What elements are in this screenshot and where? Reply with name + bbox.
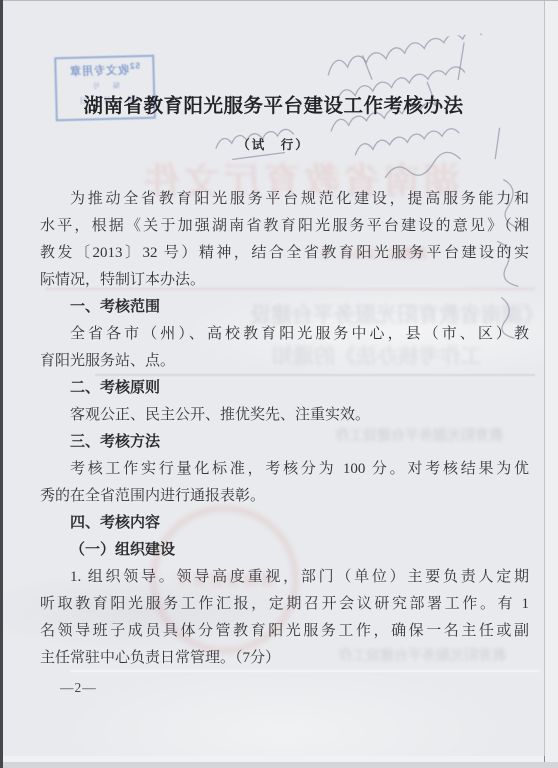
text-line: 水平，根据《关于加强湖南省教育阳光服务平台建设的意见》（湘 [40, 213, 529, 240]
text-line: 四、考核内容 [40, 510, 529, 537]
scan-edge-right-line [544, 0, 545, 756]
received-stamp-title: 52收文专用章 [56, 61, 152, 80]
scan-edge-top [3, 0, 558, 1]
document-body: 为推动全省教育阳光服务平台规范化建设，提高服务能力和水平，根据《关于加强湖南省教… [40, 186, 529, 672]
text-line: 三、考核方法 [40, 429, 529, 456]
scanned-document-page: 湖南省教育厅文件 湘教发〔2014〕号 《湖南省教育阳光服务平台建设 工作考核办… [0, 0, 558, 768]
document-subtitle: （试 行） [3, 135, 544, 153]
text-line: （一）组织建设 [40, 537, 529, 564]
text-line: 秀的在全省范围内进行通报表彰。 [40, 483, 529, 510]
text-line: 考核工作实行量化标准，考核分为 100 分。对考核结果为优 [40, 456, 529, 483]
scan-edge-bottom-dark [3, 762, 558, 768]
text-line: 1. 组织领导。领导高度重视，部门（单位）主要负责人定期 [40, 564, 529, 591]
received-stamp-number: 52 [129, 61, 140, 70]
text-line: 育阳光服务站、点。 [40, 348, 529, 375]
scan-edge-right-strip [545, 0, 558, 768]
text-line: 际情况，特制订本办法。 [40, 267, 529, 294]
text-line: 客观公正、民主公开、推优奖先、注重实效。 [40, 402, 529, 429]
scan-edge-left [0, 0, 3, 768]
text-line: 全省各市（州）、高校教育阳光服务中心，县（市、区）教 [40, 321, 529, 348]
page-number: —2— [60, 680, 97, 696]
text-line: 教发〔2013〕32 号）精神，结合全省教育阳光服务平台建设的实 [40, 240, 529, 267]
text-line: 主任常驻中心负责日常管理。（7分） [40, 645, 529, 672]
text-line: 听取教育阳光服务工作汇报，定期召开会议研究部署工作。有 1 [40, 591, 529, 618]
text-line: 二、考核原则 [40, 375, 529, 402]
text-line: 名领导班子成员具体分管教育阳光服务工作，确保一名主任或副 [40, 618, 529, 645]
document-title: 湖南省教育阳光服务平台建设工作考核办法 [3, 90, 544, 118]
text-line: 为推动全省教育阳光服务平台规范化建设，提高服务能力和 [40, 186, 529, 213]
text-line: 一、考核范围 [40, 294, 529, 321]
